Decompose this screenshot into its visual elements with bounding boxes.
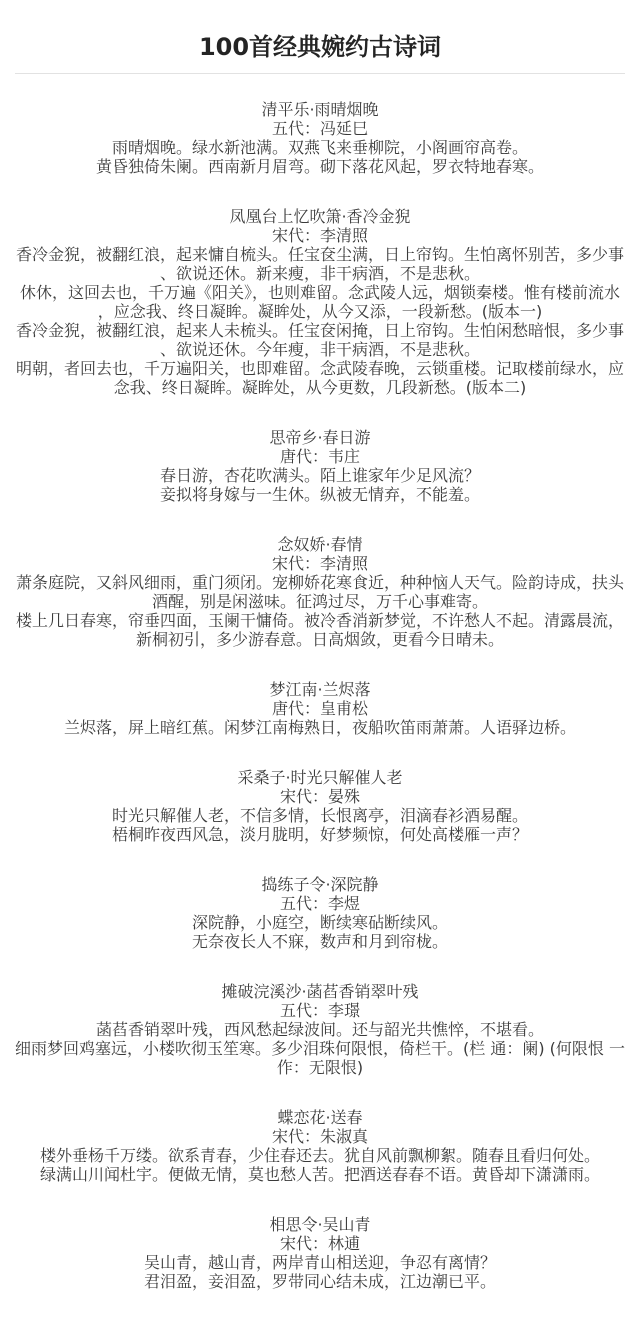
- poem-title: 摊破浣溪沙·菡萏香销翠叶残: [8, 982, 632, 1001]
- poem-line: 兰烬落，屏上暗红蕉。闲梦江南梅熟日，夜船吹笛雨萧萧。人语驿边桥。: [8, 718, 632, 737]
- poem-author: 宋代：李清照: [8, 226, 632, 245]
- poem-title: 思帝乡·春日游: [8, 428, 632, 447]
- poem-line: 雨晴烟晚。绿水新池满。双燕飞来垂柳院，小阁画帘高卷。: [8, 138, 632, 157]
- poem-line: ，应念我、终日凝眸。凝眸处，从今又添，一段新愁。(版本一): [8, 302, 632, 321]
- poem-author: 五代：李煜: [8, 894, 632, 913]
- poem-block: 思帝乡·春日游 唐代：韦庄 春日游，杏花吹满头。陌上谁家年少足风流？ 妾拟将身嫁…: [8, 428, 632, 504]
- poem-line: 春日游，杏花吹满头。陌上谁家年少足风流？: [8, 466, 632, 485]
- poem-title: 捣练子令·深院静: [8, 875, 632, 894]
- poem-line: 黄昏独倚朱阑。西南新月眉弯。砌下落花风起，罗衣特地春寒。: [8, 157, 632, 176]
- poem-title: 凤凰台上忆吹箫·香冷金猊: [8, 207, 632, 226]
- poem-line: 梧桐昨夜西风急，淡月胧明，好梦频惊，何处高楼雁一声？: [8, 825, 632, 844]
- poem-block: 摊破浣溪沙·菡萏香销翠叶残 五代：李璟 菡萏香销翠叶残，西风愁起绿波间。还与韶光…: [8, 982, 632, 1077]
- poem-title: 清平乐·雨晴烟晚: [8, 100, 632, 119]
- poem-block: 采桑子·时光只解催人老 宋代：晏殊 时光只解催人老，不信多情，长恨离亭，泪滴春衫…: [8, 768, 632, 844]
- poem-title: 梦江南·兰烬落: [8, 680, 632, 699]
- poem-title: 相思令·吴山青: [8, 1215, 632, 1234]
- poem-author: 宋代：林逋: [8, 1234, 632, 1253]
- poem-line: 酒醒，别是闲滋味。征鸿过尽，万千心事难寄。: [8, 592, 632, 611]
- poem-author: 五代：李璟: [8, 1001, 632, 1020]
- poem-line: 休休，这回去也，千万遍《阳关》，也则难留。念武陵人远，烟锁秦楼。惟有楼前流水: [8, 283, 632, 302]
- poem-line: 香冷金猊，被翻红浪，起来人未梳头。任宝奁闲掩，日上帘钩。生怕闲愁暗恨，多少事: [8, 321, 632, 340]
- poem-line: 萧条庭院，又斜风细雨，重门须闭。宠柳娇花寒食近，种种恼人天气。险韵诗成，扶头: [8, 573, 632, 592]
- poem-line: 明朝，者回去也，千万遍阳关，也即难留。念武陵春晚，云锁重楼。记取楼前绿水，应: [8, 359, 632, 378]
- poem-line: 香冷金猊，被翻红浪，起来慵自梳头。任宝奁尘满，日上帘钩。生怕离怀别苦，多少事: [8, 245, 632, 264]
- article-page: 100首经典婉约古诗词 清平乐·雨晴烟晚 五代：冯延巳 雨晴烟晚。绿水新池满。双…: [0, 0, 640, 1321]
- poem-line: 新桐初引，多少游春意。日高烟敛，更看今日晴未。: [8, 630, 632, 649]
- poem-line: 无奈夜长人不寐，数声和月到帘栊。: [8, 932, 632, 951]
- poem-author: 唐代：皇甫松: [8, 699, 632, 718]
- poem-block: 捣练子令·深院静 五代：李煜 深院静，小庭空，断续寒砧断续风。 无奈夜长人不寐，…: [8, 875, 632, 951]
- poem-author: 唐代：韦庄: [8, 447, 632, 466]
- poem-block: 清平乐·雨晴烟晚 五代：冯延巳 雨晴烟晚。绿水新池满。双燕飞来垂柳院，小阁画帘高…: [8, 100, 632, 176]
- poem-line: 吴山青，越山青，两岸青山相送迎，争忍有离情？: [8, 1253, 632, 1272]
- poem-author: 宋代：朱淑真: [8, 1127, 632, 1146]
- poem-line: 细雨梦回鸡塞远，小楼吹彻玉笙寒。多少泪珠何限恨，倚栏干。(栏 通：阑) (何限恨…: [8, 1039, 632, 1058]
- poem-list: 清平乐·雨晴烟晚 五代：冯延巳 雨晴烟晚。绿水新池满。双燕飞来垂柳院，小阁画帘高…: [0, 74, 640, 1291]
- poem-author: 五代：冯延巳: [8, 119, 632, 138]
- poem-title: 蝶恋花·送春: [8, 1108, 632, 1127]
- poem-block: 凤凰台上忆吹箫·香冷金猊 宋代：李清照 香冷金猊，被翻红浪，起来慵自梳头。任宝奁…: [8, 207, 632, 397]
- poem-line: 、欲说还休。今年瘦，非干病酒，不是悲秋。: [8, 340, 632, 359]
- poem-line: 深院静，小庭空，断续寒砧断续风。: [8, 913, 632, 932]
- poem-title: 采桑子·时光只解催人老: [8, 768, 632, 787]
- poem-line: 念我、终日凝眸。凝眸处，从今更数，几段新愁。(版本二): [8, 378, 632, 397]
- poem-line: 、欲说还休。新来瘦，非干病酒，不是悲秋。: [8, 264, 632, 283]
- poem-block: 相思令·吴山青 宋代：林逋 吴山青，越山青，两岸青山相送迎，争忍有离情？ 君泪盈…: [8, 1215, 632, 1291]
- poem-line: 绿满山川闻杜宇。便做无情，莫也愁人苦。把酒送春春不语。黄昏却下潇潇雨。: [8, 1165, 632, 1184]
- poem-line: 菡萏香销翠叶残，西风愁起绿波间。还与韶光共憔悴，不堪看。: [8, 1020, 632, 1039]
- poem-title: 念奴娇·春情: [8, 535, 632, 554]
- poem-line: 楼上几日春寒，帘垂四面，玉阑干慵倚。被冷香消新梦觉，不许愁人不起。清露晨流，: [8, 611, 632, 630]
- poem-block: 念奴娇·春情 宋代：李清照 萧条庭院，又斜风细雨，重门须闭。宠柳娇花寒食近，种种…: [8, 535, 632, 649]
- poem-block: 蝶恋花·送春 宋代：朱淑真 楼外垂杨千万缕。欲系青春，少住春还去。犹自风前飘柳絮…: [8, 1108, 632, 1184]
- poem-line: 楼外垂杨千万缕。欲系青春，少住春还去。犹自风前飘柳絮。随春且看归何处。: [8, 1146, 632, 1165]
- poem-line: 妾拟将身嫁与一生休。纵被无情弃，不能羞。: [8, 485, 632, 504]
- poem-author: 宋代：李清照: [8, 554, 632, 573]
- poem-line: 君泪盈，妾泪盈，罗带同心结未成，江边潮已平。: [8, 1272, 632, 1291]
- poem-line: 作：无限恨): [8, 1058, 632, 1077]
- poem-block: 梦江南·兰烬落 唐代：皇甫松 兰烬落，屏上暗红蕉。闲梦江南梅熟日，夜船吹笛雨萧萧…: [8, 680, 632, 737]
- poem-author: 宋代：晏殊: [8, 787, 632, 806]
- page-title: 100首经典婉约古诗词: [0, 0, 640, 62]
- poem-line: 时光只解催人老，不信多情，长恨离亭，泪滴春衫酒易醒。: [8, 806, 632, 825]
